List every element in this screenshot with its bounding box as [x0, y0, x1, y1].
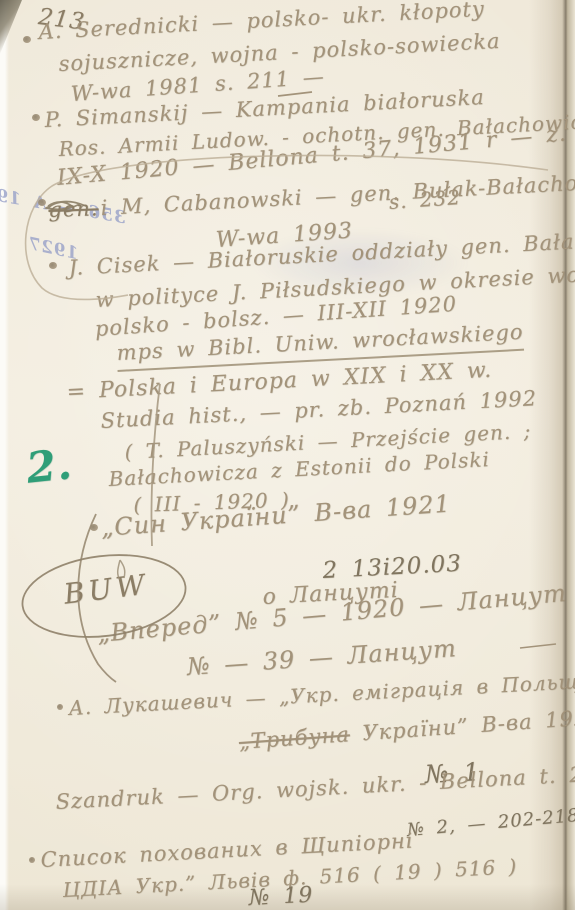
bullet-mark [32, 114, 40, 121]
folio-number: № 19 [248, 883, 314, 910]
bullet-mark [57, 704, 63, 710]
scan-edge-left [0, 0, 9, 910]
scanned-notebook-page: { "page_number": "213", "entries": { "se… [0, 0, 575, 910]
bullet-mark [23, 36, 31, 43]
bullet-mark [49, 262, 57, 269]
scribbled-out-word: gen. [48, 196, 99, 222]
bullet-mark [29, 857, 35, 863]
bullet-mark [38, 199, 46, 206]
bullet-mark [90, 524, 98, 531]
margin-number-green: 2. [24, 439, 75, 493]
